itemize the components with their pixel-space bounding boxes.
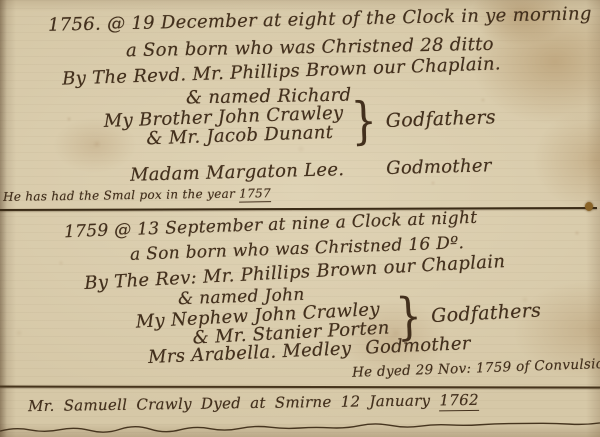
margin-note-text: He has had the Smal pox in the year [3,187,239,204]
margin-note-year: 1757 [239,186,271,202]
wavy-closing-line [0,415,600,435]
entry-1756-brace: } [350,98,377,144]
entry-1756-date-line: 1756. @ 19 December at eight of the Cloc… [48,3,592,35]
divider-rule-1 [0,207,597,211]
divider-rule-2 [0,385,600,388]
entry-1759-godmother-label: Godmother [365,333,471,359]
entry-1756-godfather-names: My Brother John Crawley & Mr. Jacob Duna… [103,102,344,150]
entry-1756-godfathers-label: Godfathers [385,106,496,132]
entry-1759-brace: } [395,294,423,340]
entry-1756-godfathers-group: My Brother John Crawley & Mr. Jacob Duna… [103,94,496,153]
footer-death-text: Mr. Samuell Crawly Dyed at Smirne 12 Jan… [28,391,440,415]
footer-death-year: 1762 [439,391,479,412]
entry-1756-godmother-line: Madam Margaton Lee. Godmother [130,155,492,185]
entry-1759-godfathers-label: Godfathers [431,299,542,327]
ink-blob [585,202,593,211]
entry-1756-godmother-label: Godmother [386,155,492,179]
entry-1756-smallpox-margin-note: He has had the Smal pox in the year 1757 [3,186,271,204]
entry-1756-godmother-name: Madam Margaton Lee. [130,159,345,186]
footer-death-line: Mr. Samuell Crawly Dyed at Smirne 12 Jan… [28,391,479,415]
entry-1759-death-note: He dyed 29 Nov: 1759 of Convulsions. [352,355,600,381]
register-page: 1756. @ 19 December at eight of the Cloc… [0,0,600,437]
foxing-spots [0,0,2,2]
